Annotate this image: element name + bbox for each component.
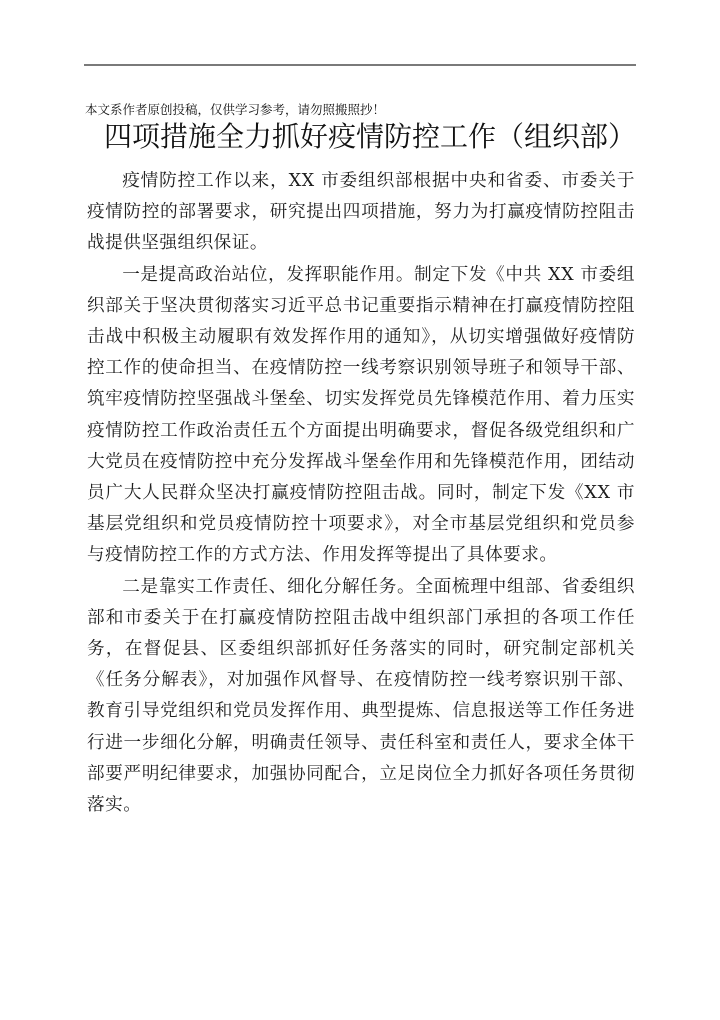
copyright-notice: 本文系作者原创投稿，仅供学习参考，请勿照搬照抄！ [85,102,385,118]
paragraph-measure-two: 二是靠实工作责任、细化分解任务。全面梳理中组部、省委组织部和市委关于在打赢疫情防… [87,572,635,822]
document-title: 四项措施全力抓好疫情防控工作（组织部） [104,117,624,157]
header-rule [84,64,636,66]
paragraph-measure-one: 一是提高政治站位，发挥职能作用。制定下发《中共 XX 市委组织部关于坚决贯彻落实… [87,260,635,572]
document-body: 疫情防控工作以来，XX 市委组织部根据中央和省委、市委关于疫情防控的部署要求，研… [87,166,635,821]
paragraph-intro: 疫情防控工作以来，XX 市委组织部根据中央和省委、市委关于疫情防控的部署要求，研… [87,166,635,260]
